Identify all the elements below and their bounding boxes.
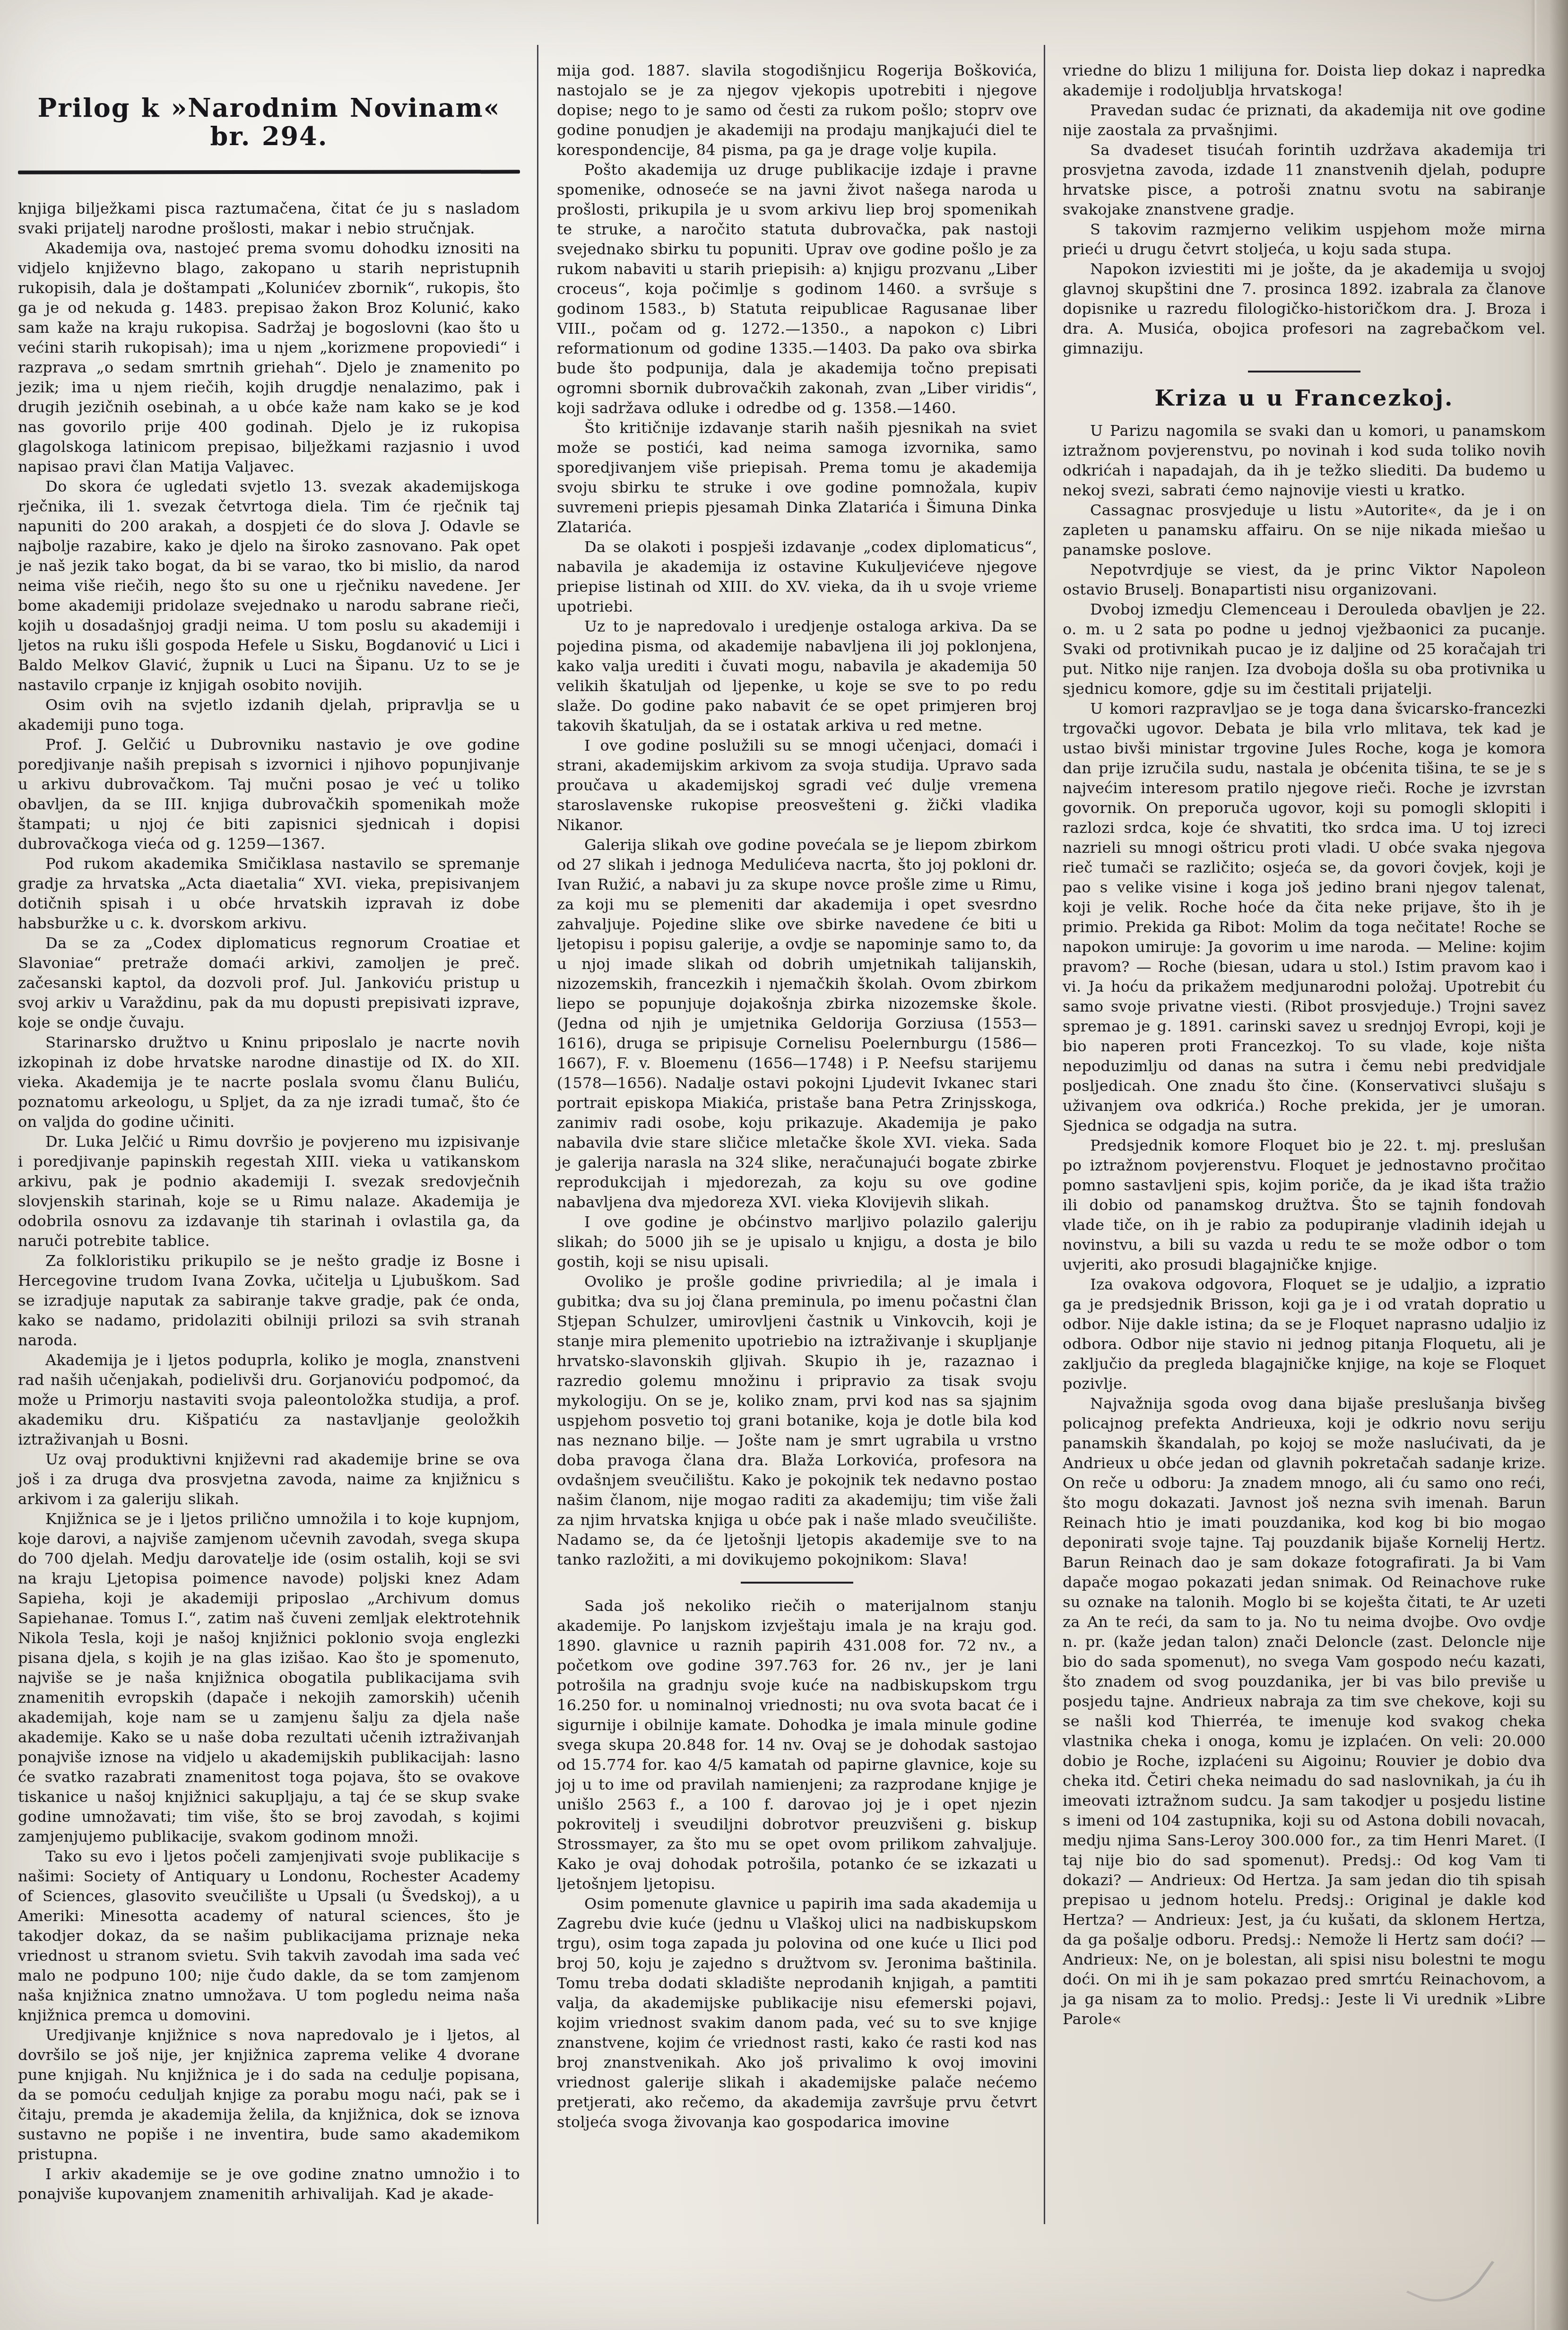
paragraph: Osim ovih na svjetlo izdanih djelah, pri…	[18, 695, 520, 735]
paragraph: Pod rukom akademika Smičiklasa nastavilo…	[18, 854, 520, 933]
paragraph: Uz to je napredovalo i uredjenje ostalog…	[557, 616, 1037, 736]
paragraph: Dvoboj izmedju Clemenceau i Derouleda ob…	[1063, 599, 1546, 699]
pencil-mark	[1406, 2240, 1494, 2315]
paragraph: Tako su evo i ljetos počeli zamjenjivati…	[18, 1846, 520, 2025]
paragraph: Što kritičnije izdavanje starih naših pj…	[557, 418, 1037, 537]
paragraph: I ove godine poslužili su se mnogi učenj…	[557, 736, 1037, 835]
paragraph: Iza ovakova odgovora, Floquet se je udal…	[1063, 1274, 1546, 1394]
column-divider-right	[1044, 45, 1045, 2224]
paragraph: Osim pomenute glavnice u papirih ima sad…	[557, 1894, 1037, 2132]
paragraph: S takovim razmjerno velikim uspjehom mož…	[1063, 219, 1546, 259]
column-2: mija god. 1887. slavila stogodišnjicu Ro…	[557, 61, 1037, 2132]
paragraph: Ovoliko je prošle godine privriedila; al…	[557, 1272, 1037, 1569]
column-2-text: mija god. 1887. slavila stogodišnjicu Ro…	[557, 61, 1037, 2132]
paragraph: Napokon izviestiti mi je jošte, da je ak…	[1063, 259, 1546, 358]
paragraph: Starinarsko družtvo u Kninu priposlalo j…	[18, 1032, 520, 1132]
paragraph: Pošto akademija uz druge publikacije izd…	[557, 160, 1037, 418]
paragraph: Prof. J. Gelčić u Dubrovniku nastavio je…	[18, 735, 520, 854]
paragraph: Da se za „Codex diplomaticus regnorum Cr…	[18, 933, 520, 1032]
paragraph: vriedne do blizu 1 milijuna for. Doista …	[1063, 61, 1546, 100]
paragraph: Pravedan sudac će priznati, da akademija…	[1063, 100, 1546, 140]
paragraph: Galerija slikah ove godine povećala se j…	[557, 835, 1037, 1212]
paragraph: Uz ovaj produktivni književni rad akadem…	[18, 1449, 520, 1509]
column-3: vriedne do blizu 1 milijuna for. Doista …	[1063, 61, 1546, 2029]
paragraph: knjiga bilježkami pisca raztumačena, čit…	[18, 199, 520, 238]
paragraph: I ove godine je obćinstvo marljivo polaz…	[557, 1212, 1037, 1272]
paragraph: Akademija je i ljetos poduprla, koliko j…	[18, 1350, 520, 1449]
paragraph: Nepotvrdjuje se viest, da je princ Vikto…	[1063, 560, 1546, 599]
paragraph: Akademija ova, nastojeć prema svomu doho…	[18, 238, 520, 476]
column-1-text: knjiga bilježkami pisca raztumačena, čit…	[18, 199, 520, 2204]
paragraph: mija god. 1887. slavila stogodišnjicu Ro…	[557, 61, 1037, 160]
paragraph: Cassagnac prosvjeduje u listu »Autorite«…	[1063, 500, 1546, 560]
paragraph: Predsjednik komore Floquet bio je 22. t.…	[1063, 1135, 1546, 1274]
masthead-title: Prilog k »Narodnim Novinam« br. 294.	[18, 94, 520, 150]
masthead-rule	[18, 170, 520, 174]
paper-crease	[1531, 0, 1537, 2330]
paragraph: Za folkloristiku prikupilo se je nešto g…	[18, 1251, 520, 1350]
column-divider-left	[537, 45, 538, 2224]
section-divider	[1248, 371, 1360, 372]
paragraph: Najvažnija sgoda ovog dana bijaše preslu…	[1063, 1394, 1546, 2029]
paragraph: U Parizu nagomila se svaki dan u komori,…	[1063, 421, 1546, 500]
scan-edge-shadow	[1549, 0, 1568, 2330]
newspaper-page: Prilog k »Narodnim Novinam« br. 294. knj…	[0, 0, 1568, 2330]
paragraph: Do skora će ugledati svjetlo 13. svezak …	[18, 476, 520, 695]
paragraph: Dr. Luka Jelčić u Rimu dovršio je povjer…	[18, 1132, 520, 1251]
section-divider	[741, 1582, 853, 1584]
article-heading: Kriza u u Francezkoj.	[1063, 389, 1546, 408]
column-3-text: vriedne do blizu 1 milijuna for. Doista …	[1063, 61, 1546, 2029]
paragraph: Da se olakoti i pospješi izdavanje „code…	[557, 537, 1037, 616]
paragraph: Uredjivanje knjižnice s nova napredovalo…	[18, 2025, 520, 2164]
paragraph: Sada još nekoliko riečih o materijalnom …	[557, 1596, 1037, 1894]
paragraph: I arkiv akademije se je ove godine znatn…	[18, 2164, 520, 2204]
paragraph: Knjižnica se je i ljetos prilično umnoži…	[18, 1509, 520, 1846]
paragraph: Sa dvadeset tisućah forintih uzdržava ak…	[1063, 140, 1546, 219]
column-1: Prilog k »Narodnim Novinam« br. 294. knj…	[18, 85, 520, 2204]
paragraph: U komori razpravljao se je toga dana švi…	[1063, 699, 1546, 1135]
